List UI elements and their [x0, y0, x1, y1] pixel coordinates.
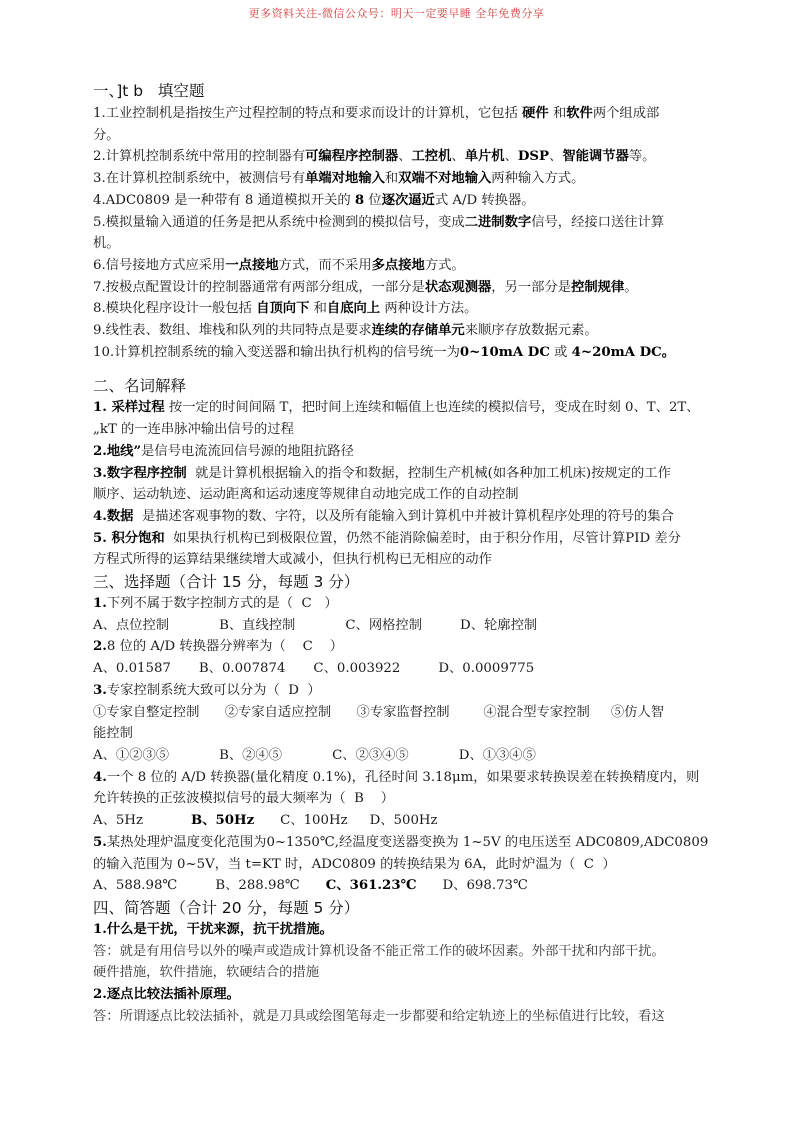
item-text: 、	[505, 149, 518, 164]
short-question: 1.什么是干扰，干扰来源，抗干扰措施。	[93, 919, 708, 941]
answer-text: 单端对地输入	[305, 171, 385, 186]
definition-number: 5.	[93, 531, 112, 546]
answer-text: 软件	[566, 106, 593, 121]
question-text: 某热处理炉温度变化范围为0~1350℃,经温度变送器变换为 1~5V 的电压送至…	[107, 835, 708, 850]
item-text: 2.计算机控制系统中常用的控制器有	[93, 149, 305, 164]
item-text: 位	[364, 193, 382, 208]
option-a: A、0.01587	[93, 658, 171, 680]
short-answer-cont: 硬件措施，软件措施，软硬结合的措施	[93, 962, 708, 984]
answer-text: DSP	[518, 149, 549, 164]
fill-in-item: 3.在计算机控制系统中，被测信号有单端对地输入和双端不对地输入两种输入方式。	[93, 168, 708, 190]
definition-number: 1.	[93, 400, 112, 415]
fill-in-item: 9.线性表、数组、堆栈和队列的共同特点是要求连续的存储单元来顺序存放数据元素。	[93, 320, 708, 342]
short-answer-list: 1.什么是干扰，干扰来源，抗干扰措施。答：就是有用信号以外的噪声或造成计算机设备…	[93, 919, 708, 1028]
item-text: 、	[549, 149, 562, 164]
answer-text: 连续的存储单元	[372, 323, 465, 338]
definition-cont: 顺序、运动轨迹、运动距离和运动速度等规律自动地完成工作的自动控制	[93, 484, 708, 506]
section-title: 三、选择题（合计 15 分，每题 3 分）	[93, 571, 708, 593]
question-sub-options: ①专家自整定控制 ②专家自适应控制 ③专家监督控制 ④混合型专家控制 ⑤仿人智	[93, 702, 708, 724]
section-multiple-choice: 三、选择题（合计 15 分，每题 3 分） 1.下列不属于数字控制方式的是（ C…	[93, 571, 708, 897]
answer-text: 工控机	[412, 149, 452, 164]
item-text: ，另一部分是	[491, 280, 571, 295]
item-text: 9.线性表、数组、堆栈和队列的共同特点是要求	[93, 323, 372, 338]
option-b: B、50Hz	[191, 813, 254, 828]
answer-text: 多点接地	[372, 258, 425, 273]
definition-term: 数据	[107, 509, 134, 524]
definition-text: 如果执行机构已到极限位置，仍然不能消除偏差时，由于积分作用，尽管计算PID 差分	[165, 531, 681, 546]
question-stem: 4.一个 8 位的 A/D 转换器(量化精度 0.1%)，孔径时间 3.18μm…	[93, 767, 708, 789]
answer-text: 可编程序控制器	[305, 149, 398, 164]
answer-text: 自底向上	[327, 301, 380, 316]
definition-item: 4.数据 是描述客观事物的数、字符，以及所有能输入到计算机中并被计算机程序处理的…	[93, 506, 708, 528]
definition-number: 3.	[93, 466, 107, 481]
option-d: D、0.0009775	[438, 658, 534, 680]
short-question: 2.逐点比较法插补原理。	[93, 984, 708, 1006]
item-text: 方式，而不采用	[279, 258, 372, 273]
answer-text: 8	[355, 193, 364, 208]
question-options: A、点位控制B、直线控制C、网格控制D、轮廓控制	[93, 615, 708, 637]
item-text: 两种设计方法。	[380, 301, 477, 316]
option-d: D、轮廓控制	[460, 615, 537, 637]
definition-term: 数字程序控制	[107, 466, 187, 481]
answer-text: 自顶向下	[256, 301, 309, 316]
question-options: A、①②③⑤B、②④⑤C、②③④⑤D、①③④⑤	[93, 745, 708, 767]
item-text: 和	[549, 106, 567, 121]
option-a: A、588.98℃	[93, 875, 177, 897]
answer-text: 控制规律	[571, 280, 624, 295]
definition-item: 3.数字程序控制 就是计算机根据输入的指令和数据，控制生产机械(如各种加工机床)…	[93, 463, 708, 485]
item-text: 两个组成部	[593, 106, 659, 121]
question-stem: 3.专家控制系统大致可以分为（ D ）	[93, 680, 708, 702]
fill-in-item: 1.工业控制机是指按生产过程控制的特点和要求而设计的计算机，它包括 硬件 和软件…	[93, 103, 708, 125]
answer-text: 4~20mA DC。	[572, 345, 675, 360]
option-a: A、5Hz	[93, 810, 143, 832]
document-page: 一、]t b 填空题 1.工业控制机是指按生产过程控制的特点和要求而设计的计算机…	[93, 80, 708, 1027]
item-text: 信号，经接口送往计算	[531, 215, 664, 230]
short-answer: 答：就是有用信号以外的噪声或造成计算机设备不能正常工作的破坏因素。外部干扰和内部…	[93, 941, 708, 963]
item-text: 4.ADC0809 是一种带有 8 通道模拟开关的	[93, 193, 355, 208]
question-number: 2.	[93, 639, 107, 654]
answer-text: 0~10mA DC	[460, 345, 550, 360]
answer-text: 逐次逼近	[382, 193, 435, 208]
option-b: B、直线控制	[219, 615, 295, 637]
question-text: 8 位的 A/D 转换器分辨率为（ C ）	[107, 639, 343, 654]
definition-text: 是信号电流流回信号源的地阻抗路径	[141, 444, 354, 459]
question-stem-cont: 的输入范围为 0~5V，当 t=KT 时，ADC0809 的转换结果为 6A，此…	[93, 854, 708, 876]
item-text: 3.在计算机控制系统中，被测信号有	[93, 171, 305, 186]
definition-term: 积分饱和	[112, 531, 165, 546]
question-list: 1.下列不属于数字控制方式的是（ C ）A、点位控制B、直线控制C、网格控制D、…	[93, 593, 708, 897]
question-options: A、588.98℃B、288.98℃C、361.23℃D、698.73℃	[93, 875, 708, 897]
answer-text: 双端不对地输入	[398, 171, 491, 186]
option-c: C、100Hz	[280, 810, 347, 832]
option-b: B、②④⑤	[219, 745, 282, 767]
question-options: A、5HzB、50HzC、100HzD、500Hz	[93, 810, 708, 832]
question-stem: 2.8 位的 A/D 转换器分辨率为（ C ）	[93, 636, 708, 658]
item-text: 7.按极点配置设计的控制器通常有两部分组成，一部分是	[93, 280, 425, 295]
section-fill-in-blank: 一、]t b 填空题 1.工业控制机是指按生产过程控制的特点和要求而设计的计算机…	[93, 80, 708, 363]
fill-in-item: 10.计算机控制系统的输入变送器和输出执行机构的信号统一为0~10mA DC 或…	[93, 342, 708, 364]
fill-in-item: 8.模块化程序设计一般包括 自顶向下 和自底向上 两种设计方法。	[93, 298, 708, 320]
definition-list: 1. 采样过程 按一定的时间间隔 T，把时间上连续和幅值上也连续的模拟信号，变成…	[93, 397, 708, 571]
question-number: 1.	[93, 596, 107, 611]
fill-in-item: 6.信号接地方式应采用一点接地方式，而不采用多点接地方式。	[93, 255, 708, 277]
promo-banner: 更多资料关注-微信公众号：明天一定要早睡 全年免费分享	[0, 5, 793, 21]
item-text: 等。	[629, 149, 656, 164]
option-b: B、288.98℃	[215, 875, 299, 897]
definition-number: 4.	[93, 509, 107, 524]
fill-in-list: 1.工业控制机是指按生产过程控制的特点和要求而设计的计算机，它包括 硬件 和软件…	[93, 103, 708, 363]
question-stem: 1.下列不属于数字控制方式的是（ C ）	[93, 593, 708, 615]
definition-cont: 方程式所得的运算结果继续增大或减小，但执行机构已无相应的动作	[93, 549, 708, 571]
definition-cont: „kT 的一连串脉冲输出信号的过程	[93, 419, 708, 441]
option-d: D、698.73℃	[443, 875, 528, 897]
section-short-answer: 四、简答题（合计 20 分，每题 5 分） 1.什么是干扰，干扰来源，抗干扰措施…	[93, 897, 708, 1028]
spacer	[93, 363, 708, 375]
section-definitions: 二、名词解释 1. 采样过程 按一定的时间间隔 T，把时间上连续和幅值上也连续的…	[93, 375, 708, 571]
question-stem-cont: 允许转换的正弦波模拟信号的最大频率为（ B ）	[93, 788, 708, 810]
question-text: 专家控制系统大致可以分为（ D ）	[107, 683, 321, 698]
option-c: C、网格控制	[345, 615, 422, 637]
question-number: 3.	[93, 683, 107, 698]
question-text: 下列不属于数字控制方式的是（ C ）	[107, 596, 338, 611]
item-text: 、	[398, 149, 411, 164]
option-c: C、361.23℃	[326, 878, 417, 893]
section-title: 一、]t b 填空题	[93, 80, 708, 102]
definition-term: 采样过程	[112, 400, 165, 415]
item-text: 、	[451, 149, 464, 164]
definition-item: 5. 积分饱和 如果执行机构已到极限位置，仍然不能消除偏差时，由于积分作用，尽管…	[93, 528, 708, 550]
item-text: 和	[309, 301, 327, 316]
item-text: 或	[550, 345, 572, 360]
item-text: 8.模块化程序设计一般包括	[93, 301, 256, 316]
fill-in-item-cont: 分。	[93, 125, 708, 147]
answer-text: 单片机	[465, 149, 505, 164]
answer-text: 状态观测器	[425, 280, 491, 295]
item-text: 10.计算机控制系统的输入变送器和输出执行机构的信号统一为	[93, 345, 460, 360]
item-text: 来顺序存放数据元素。	[465, 323, 598, 338]
item-text: 6.信号接地方式应采用	[93, 258, 225, 273]
section-title: 二、名词解释	[93, 375, 708, 397]
item-text: 两种输入方式。	[491, 171, 584, 186]
item-text: 方式。	[425, 258, 465, 273]
short-answer: 答：所谓逐点比较法插补，就是刀具或绘图笔每走一步都要和给定轨迹上的坐标值进行比较…	[93, 1006, 708, 1028]
definition-item: 1. 采样过程 按一定的时间间隔 T，把时间上连续和幅值上也连续的模拟信号，变成…	[93, 397, 708, 419]
fill-in-item-cont: 机。	[93, 233, 708, 255]
answer-text: 硬件	[522, 106, 549, 121]
item-text: 和	[385, 171, 398, 186]
question-sub-options-cont: 能控制	[93, 723, 708, 745]
question-options: A、0.01587B、0.007874C、0.003922D、0.0009775	[93, 658, 708, 680]
fill-in-item: 2.计算机控制系统中常用的控制器有可编程序控制器、工控机、单片机、DSP、智能调…	[93, 146, 708, 168]
item-text: 1.工业控制机是指按生产过程控制的特点和要求而设计的计算机，它包括	[93, 106, 522, 121]
option-d: D、①③④⑤	[459, 745, 536, 767]
question-number: 4.	[93, 770, 107, 785]
fill-in-item: 5.模拟量输入通道的任务是把从系统中检测到的模拟信号，变成二进制数字信号，经接口…	[93, 212, 708, 234]
option-a: A、点位控制	[93, 615, 169, 637]
question-text: 一个 8 位的 A/D 转换器(量化精度 0.1%)，孔径时间 3.18μm，如…	[107, 770, 699, 785]
option-c: C、②③④⑤	[332, 745, 409, 767]
item-text: 式 A/D 转换器。	[435, 193, 535, 208]
definition-term: 地线”	[107, 444, 141, 459]
answer-text: 一点接地	[225, 258, 278, 273]
fill-in-item: 7.按极点配置设计的控制器通常有两部分组成，一部分是状态观测器，另一部分是控制规…	[93, 277, 708, 299]
option-c: C、0.003922	[313, 658, 400, 680]
definition-text: 是描述客观事物的数、字符，以及所有能输入到计算机中并被计算机程序处理的符号的集合	[133, 509, 673, 524]
question-number: 5.	[93, 835, 107, 850]
definition-number: 2.	[93, 444, 107, 459]
option-a: A、①②③⑤	[93, 745, 169, 767]
option-d: D、500Hz	[370, 810, 438, 832]
item-text: 。	[624, 280, 637, 295]
definition-text: 就是计算机根据输入的指令和数据，控制生产机械(如各种加工机床)按规定的工作	[187, 466, 671, 481]
option-b: B、0.007874	[199, 658, 286, 680]
section-title: 四、简答题（合计 20 分，每题 5 分）	[93, 897, 708, 919]
answer-text: 智能调节器	[562, 149, 628, 164]
question-stem: 5.某热处理炉温度变化范围为0~1350℃,经温度变送器变换为 1~5V 的电压…	[93, 832, 708, 854]
fill-in-item: 4.ADC0809 是一种带有 8 通道模拟开关的 8 位逐次逼近式 A/D 转…	[93, 190, 708, 212]
definition-text: 按一定的时间间隔 T，把时间上连续和幅值上也连续的模拟信号，变成在时刻 0、T、…	[165, 400, 700, 415]
answer-text: 二进制数字	[465, 215, 531, 230]
item-text: 5.模拟量输入通道的任务是把从系统中检测到的模拟信号，变成	[93, 215, 465, 230]
definition-item: 2.地线”是信号电流流回信号源的地阻抗路径	[93, 441, 708, 463]
